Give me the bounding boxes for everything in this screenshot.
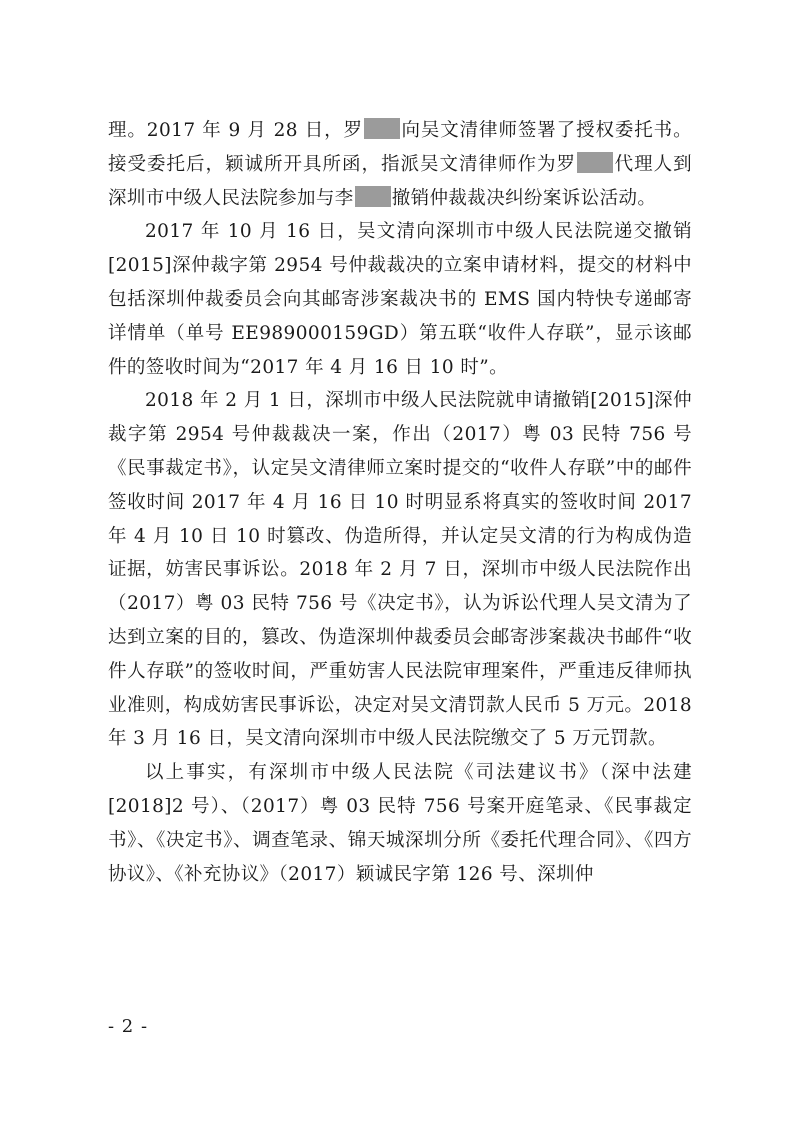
paragraph-3: 2018 年 2 月 1 日，深圳市中级人民法院就申请撤销[2015]深仲裁字第… [108,384,692,756]
document-page: 理。2017 年 9 月 28 日，罗向吴文清律师签署了授权委托书。接受委托后，… [0,0,793,1122]
document-body: 理。2017 年 9 月 28 日，罗向吴文清律师签署了授权委托书。接受委托后，… [108,114,692,891]
paragraph-2: 2017 年 10 月 16 日，吴文清向深圳市中级人民法院递交撤销[2015]… [108,215,692,384]
paragraph-1: 理。2017 年 9 月 28 日，罗向吴文清律师签署了授权委托书。接受委托后，… [108,114,692,215]
page-number: - 2 - [108,1016,148,1037]
paragraph-4: 以上事实，有深圳市中级人民法院《司法建议书》（深中法建[2018]2 号）、（2… [108,756,692,891]
paragraph-1-part-4: 撤销仲裁裁决纠纷案诉讼活动。 [392,188,657,209]
redaction-box [577,152,613,173]
redaction-box [364,118,400,139]
paragraph-1-part-1: 理。2017 年 9 月 28 日，罗 [108,120,363,141]
redaction-box [355,186,391,207]
